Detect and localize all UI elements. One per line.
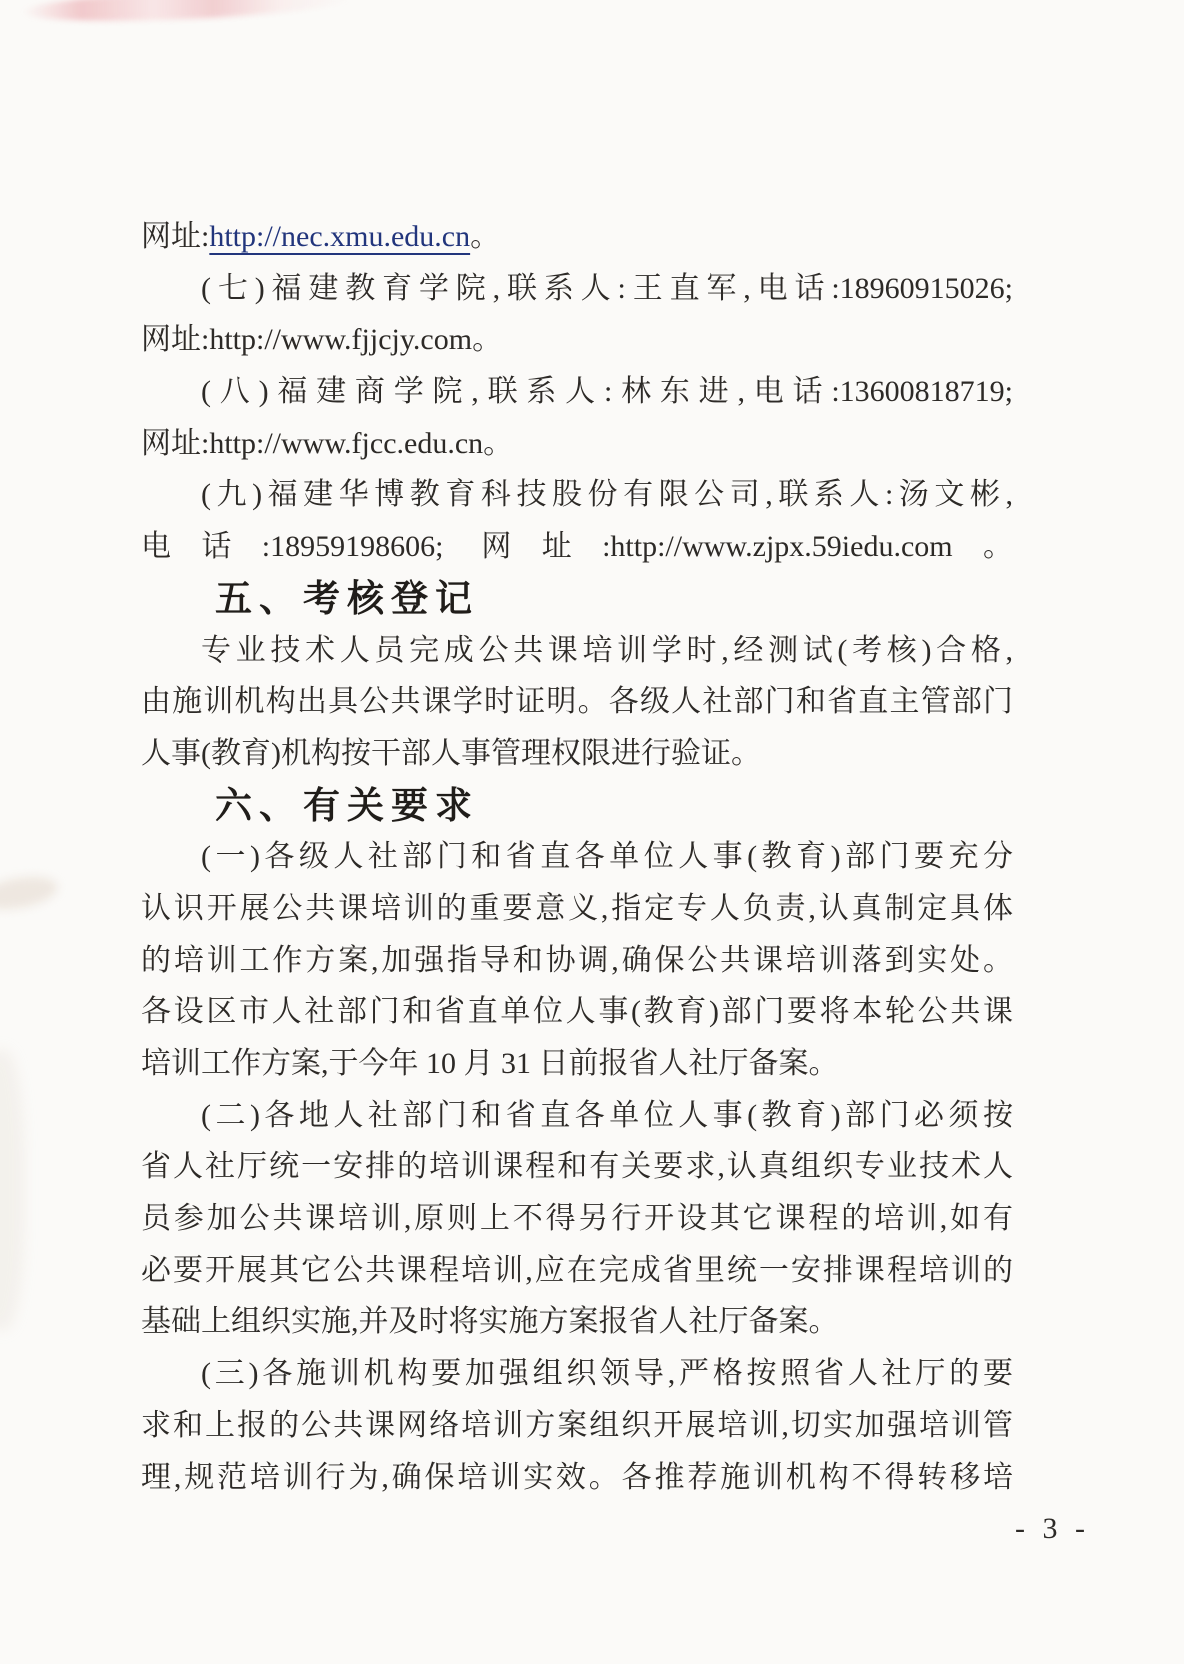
text-line: (七)福建教育学院,联系人:王直军,电话:18960915026; [141,263,1013,315]
text-line: 网址:http://nec.xmu.edu.cn。 [141,211,1013,263]
text-line: 的培训工作方案,加强指导和协调,确保公共课培训落到实处。 [141,935,1013,987]
text-line: 培训工作方案,于今年 10 月 31 日前报省人社厅备案。 [141,1038,1013,1090]
text-line: 员参加公共课培训,原则上不得另行开设其它课程的培训,如有 [141,1193,1013,1245]
text-line: (一)各级人社部门和省直各单位人事(教育)部门要充分 [141,831,1013,883]
text-segment: 。 [470,220,500,253]
text-line: 专业技术人员完成公共课培训学时,经测试(考核)合格, [141,625,1013,677]
text-line: 必要开展其它公共课程培训,应在完成省里统一安排课程培训的 [141,1245,1013,1297]
red-ink-smudge [22,0,353,26]
text-line: 网址:http://www.fjjcjy.com。 [141,314,1013,366]
scan-edge-smudge [0,871,60,914]
text-line: 认识开展公共课培训的重要意义,指定专人负责,认真制定具体 [141,883,1013,935]
text-line: 各设区市人社部门和省直单位人事(教育)部门要将本轮公共课 [141,986,1013,1038]
text-line: 基础上组织实施,并及时将实施方案报省人社厅备案。 [141,1296,1013,1348]
scan-edge-smudge [0,1050,24,1330]
text-line: 电话:18959198606; 网址:http://www.zjpx.59ied… [141,521,1013,573]
section-heading: 五、考核登记 [141,573,1013,625]
scanned-document-page: 网址:http://nec.xmu.edu.cn。(七)福建教育学院,联系人:王… [0,0,1184,1664]
text-line: (二)各地人社部门和省直各单位人事(教育)部门必须按 [141,1090,1013,1142]
text-line: 由施训机构出具公共课学时证明。各级人社部门和省直主管部门 [141,676,1013,728]
text-line: 网址:http://www.fjcc.edu.cn。 [141,418,1013,470]
text-line: (三)各施训机构要加强组织领导,严格按照省人社厅的要 [141,1348,1013,1400]
url-link[interactable]: http://nec.xmu.edu.cn [209,220,470,253]
text-line: (九)福建华博教育科技股份有限公司,联系人:汤文彬, [141,469,1013,521]
text-line: (八)福建商学院,联系人:林东进,电话:13600818719; [141,366,1013,418]
text-line: 省人社厅统一安排的培训课程和有关要求,认真组织专业技术人 [141,1141,1013,1193]
text-line: 求和上报的公共课网络培训方案组织开展培训,切实加强培训管 [141,1400,1013,1452]
document-body: 网址:http://nec.xmu.edu.cn。(七)福建教育学院,联系人:王… [141,211,1013,1503]
section-heading: 六、有关要求 [141,780,1013,832]
page-number: - 3 - [1015,1506,1090,1551]
text-line: 人事(教育)机构按干部人事管理权限进行验证。 [141,728,1013,780]
text-segment: 网址: [141,220,209,253]
text-line: 理,规范培训行为,确保培训实效。各推荐施训机构不得转移培 [141,1452,1013,1504]
